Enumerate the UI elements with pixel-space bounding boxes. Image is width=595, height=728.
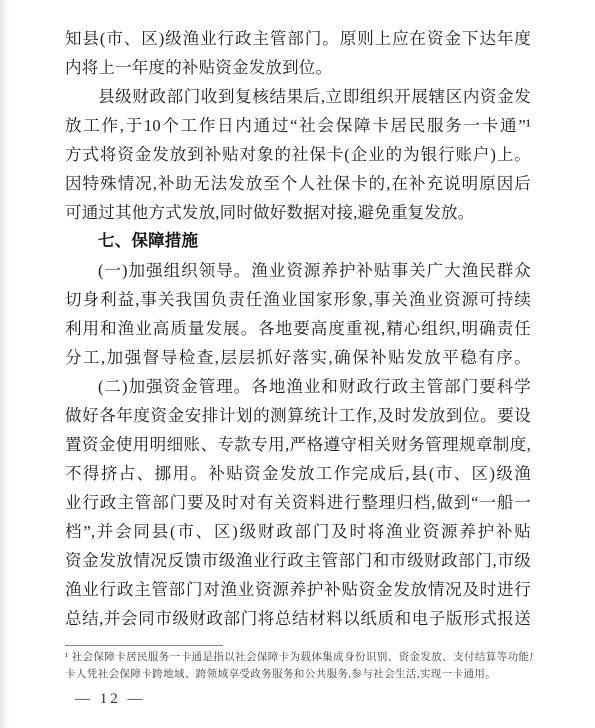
footnote-divider xyxy=(65,645,223,646)
body-text-line: (二)加强资金管理。各地渔业和财政行政主管部门要科学 xyxy=(65,372,531,401)
footnote-line: 卡人凭社会保障卡跨地域、跨领域享受政务服务和公共服务,参与社会生活,实现一卡通用… xyxy=(65,667,533,684)
body-text-line: 利用和渔业高质量发展。各地要高度重视,精心组织,明确责任 xyxy=(65,314,531,343)
paragraph: (二)加强资金管理。各地渔业和财政行政主管部门要科学做好各年度资金安排计划的测算… xyxy=(65,372,531,633)
body-text-line: 不得挤占、挪用。补贴资金发放工作完成后,县(市、区)级渔 xyxy=(65,459,531,488)
body-text-line: (一)加强组织领导。渔业资源养护补贴事关广大渔民群众 xyxy=(65,256,531,285)
body-text-line: 因特殊情况,补助无法发放至个人社保卡的,在补充说明原因后 xyxy=(65,169,531,198)
page-number: — 12 — xyxy=(75,691,146,708)
document-body: 知县(市、区)级渔业行政主管部门。原则上应在资金下达年度内将上一年度的补贴资金发… xyxy=(65,24,531,633)
body-text-line: 做好各年度资金安排计划的测算统计工作,及时发放到位。要设 xyxy=(65,401,531,430)
body-text-line: 知县(市、区)级渔业行政主管部门。原则上应在资金下达年度 xyxy=(65,24,531,53)
paragraph: (一)加强组织领导。渔业资源养护补贴事关广大渔民群众切身利益,事关我国负责任渔业… xyxy=(65,256,531,372)
body-text-line: 切身利益,事关我国负责任渔业国家形象,事关渔业资源可持续 xyxy=(65,285,531,314)
body-text-line: 总结,并会同市级财政部门将总结材料以纸质和电子版形式报送 xyxy=(65,604,531,633)
body-text-line: 方式将资金发放到补贴对象的社保卡(企业的为银行账户)上。 xyxy=(65,140,531,169)
footnote-line: ¹ 社会保障卡居民服务一卡通是指以社会保障卡为载体集成身份识别、资金发放、支付结… xyxy=(65,650,533,667)
document-page: 知县(市、区)级渔业行政主管部门。原则上应在资金下达年度内将上一年度的补贴资金发… xyxy=(0,0,595,728)
scan-edge-shadow xyxy=(0,0,10,728)
body-text-line: 放工作,于10个工作日内通过“社会保障卡居民服务一卡通”¹ xyxy=(65,111,531,140)
body-text-line: 内将上一年度的补贴资金发放到位。 xyxy=(65,53,531,82)
body-text-line: 资金发放情况反馈市级渔业行政主管部门和市级财政部门,市级 xyxy=(65,546,531,575)
paragraph: 知县(市、区)级渔业行政主管部门。原则上应在资金下达年度内将上一年度的补贴资金发… xyxy=(65,24,531,82)
section-heading-line: 七、保障措施 xyxy=(65,227,531,256)
body-text-line: 分工,加强督导检查,层层抓好落实,确保补贴发放平稳有序。 xyxy=(65,343,531,372)
body-text-line: 档”,并会同县(市、区)级财政部门及时将渔业资源养护补贴 xyxy=(65,517,531,546)
body-text-line: 可通过其他方式发放,同时做好数据对接,避免重复发放。 xyxy=(65,198,531,227)
paragraph: 县级财政部门收到复核结果后,立即组织开展辖区内资金发放工作,于10个工作日内通过… xyxy=(65,82,531,227)
body-text-line: 置资金使用明细账、专款专用,严格遵守相关财务管理规章制度, xyxy=(65,430,531,459)
body-text-line: 渔业行政主管部门对渔业资源养护补贴资金发放情况及时进行 xyxy=(65,575,531,604)
body-text-line: 县级财政部门收到复核结果后,立即组织开展辖区内资金发 xyxy=(65,82,531,111)
footnote: ¹ 社会保障卡居民服务一卡通是指以社会保障卡为载体集成身份识别、资金发放、支付结… xyxy=(65,650,533,683)
body-text-line: 业行政主管部门要及时对有关资料进行整理归档,做到“一船一 xyxy=(65,488,531,517)
section-heading: 七、保障措施 xyxy=(65,227,531,256)
